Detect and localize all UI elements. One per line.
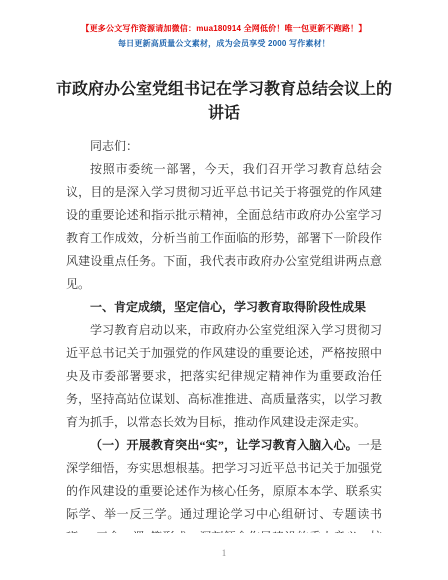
section-heading-1: 一、肯定成绩，坚定信心，学习教育取得阶段性成果 [66, 296, 382, 319]
promo-line-red: 【更多公文写作资源请加微信：mua180914 全网低价！唯一包更新不跑路！】 [0, 23, 448, 34]
salutation: 同志们： [66, 135, 382, 158]
paragraph-section-1: 学习教育启动以来，市政府办公室党组深入学习贯彻习近平总书记关于加强党的作风建设的… [66, 319, 382, 434]
page-number: 1 [0, 548, 448, 558]
subsection-text: 一是深学细悟，夯实思想根基。把学习习近平总书记关于加强党的作风建设的重要论述作为… [66, 438, 382, 533]
paragraph-intro: 按照市委统一部署，今天，我们召开学习教育总结会议，目的是深入学习贯彻习近平总书记… [66, 158, 382, 296]
promo-header: 【更多公文写作资源请加微信：mua180914 全网低价！唯一包更新不跑路！】 … [0, 0, 448, 49]
subsection-lead: （一）开展教育突出“实”，让学习教育入脑入心。 [90, 438, 358, 452]
document-page: 【更多公文写作资源请加微信：mua180914 全网低价！唯一包更新不跑路！】 … [0, 0, 448, 580]
document-body: 同志们： 按照市委统一部署，今天，我们召开学习教育总结会议，目的是深入学习贯彻习… [66, 135, 382, 533]
paragraph-subsection-1: （一）开展教育突出“实”，让学习教育入脑入心。一是深学细悟，夯实思想根基。把学习… [66, 434, 382, 533]
promo-line-blue: 每日更新高质量公文素材，成为会员享受 2000 写作素材！ [0, 38, 448, 49]
document-title: 市政府办公室党组书记在学习教育总结会议上的讲话 [54, 78, 394, 126]
